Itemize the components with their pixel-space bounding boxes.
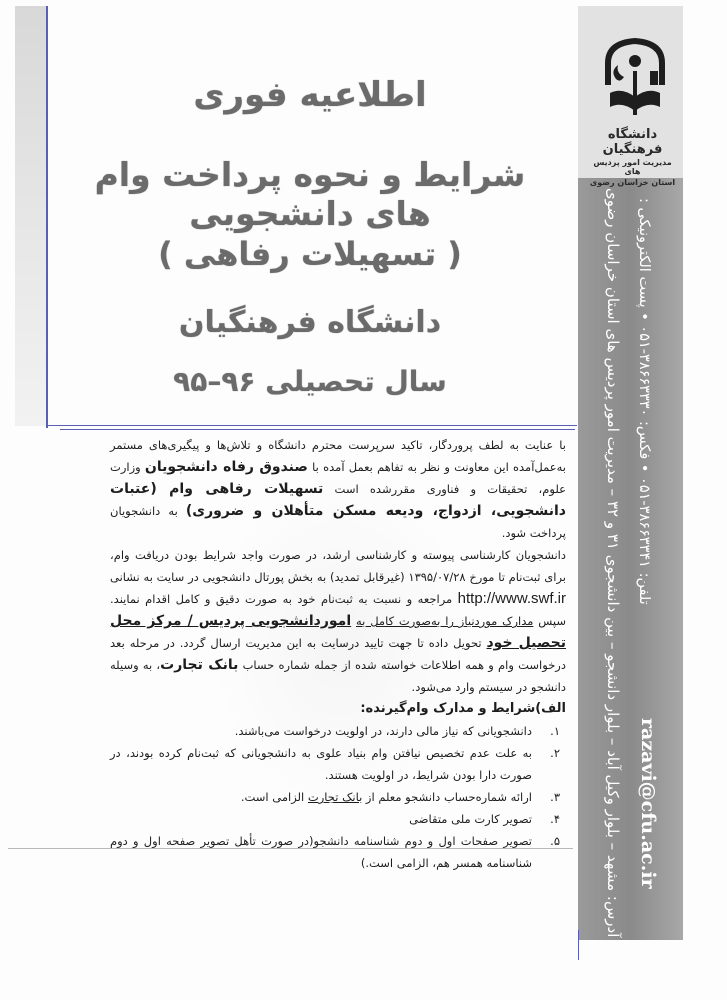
page-fold-line (8, 848, 573, 849)
requirement-number: ۳. (542, 786, 560, 808)
requirement-number: ۵. (542, 830, 560, 874)
scan-shadow-strip (15, 6, 47, 426)
title-frame-bottom-line-2 (60, 429, 575, 430)
requirement-text: تصویر کارت ملی متقاضی (110, 808, 532, 830)
sidebar-edge-line (578, 930, 579, 960)
university-name: دانشگاه فرهنگیان (60, 305, 560, 340)
welfare-fund-name: صندوق رفاه دانشجویان (145, 459, 308, 475)
requirements-heading: الف)شرایط و مدارک وام‌گیرنده: (110, 698, 566, 720)
sidebar-phone-fax: تلفن: ۳۸۶۶۳۳۴۱-۰۵۱ • فکس: ۳۸۶۶۳۳۳۰-۰۵۱ •… (636, 198, 652, 605)
requirement-text: به علت عدم تخصیص نیافتن وام بنیاد علوی ب… (110, 742, 532, 786)
registration-text: دانشجویان کارشناسی پیوسته و کارشناسی ارش… (110, 548, 566, 584)
scanned-document-page: اطلاعیه فوری شرایط و نحوه پرداخت وام های… (0, 0, 727, 1000)
requirement-text: دانشجویانی که نیاز مالی دارند، در اولویت… (110, 720, 532, 742)
announcement-title: اطلاعیه فوری (60, 75, 560, 115)
academic-year: سال تحصیلی ۹۶–۹۵ (60, 365, 560, 398)
logo-province: استان خراسان رضوی (585, 178, 680, 187)
requirement-text: تصویر صفحات اول و دوم شناسنامه دانشجو(در… (110, 830, 532, 874)
sidebar-contact-panel (578, 178, 683, 940)
registration-paragraph: دانشجویان کارشناسی پیوسته و کارشناسی ارش… (110, 544, 566, 698)
requirement-item: ۵. تصویر صفحات اول و دوم شناسنامه دانشجو… (110, 830, 560, 874)
university-logo-icon (600, 35, 670, 125)
requirement-bank-name: بانک تجارت (308, 790, 362, 804)
requirement-item: ۱. دانشجویانی که نیاز مالی دارند، در اول… (110, 720, 560, 742)
requirement-text-part: ارائه شماره‌حساب دانشجو معلم از (362, 790, 532, 804)
required-documents: مدارک موردنیاز را به‌صورت کامل به (356, 614, 533, 628)
logo-caption: دانشگاه فرهنگیان مدیریت امور پردیس های ا… (585, 127, 680, 187)
tejarat-bank: بانک تجارت (160, 657, 238, 673)
logo-university-name: دانشگاه فرهنگیان (585, 127, 680, 157)
sidebar-address: آدرس: مشهد – بلوار وکیل آباد – بلوار دان… (604, 188, 622, 937)
requirement-item: ۴. تصویر کارت ملی متقاضی (110, 808, 560, 830)
requirement-item: ۲. به علت عدم تخصیص نیافتن وام بنیاد علو… (110, 742, 560, 786)
announcement-body: با عنایت به لطف پروردگار، تاکید سرپرست م… (110, 434, 566, 874)
announcement-subtitle: شرایط و نحوه پرداخت وام های دانشجویی (60, 155, 560, 233)
announcement-subtitle-2: ( تسهیلات رفاهی ) (60, 235, 560, 273)
logo-department: مدیریت امور پردیس های (585, 158, 680, 176)
requirement-text: ارائه شماره‌حساب دانشجو معلم از بانک تجا… (110, 786, 532, 808)
requirement-number: ۲. (542, 742, 560, 786)
requirement-number: ۱. (542, 720, 560, 742)
requirement-number: ۴. (542, 808, 560, 830)
title-frame-bottom-line (47, 425, 577, 426)
requirement-text-part: الزامی است. (241, 790, 308, 804)
intro-paragraph: با عنایت به لطف پروردگار، تاکید سرپرست م… (110, 434, 566, 544)
sidebar-email[interactable]: razavi@cfu.ac.ir (637, 718, 659, 889)
requirements-list: ۱. دانشجویانی که نیاز مالی دارند، در اول… (110, 720, 560, 874)
requirement-item: ۳. ارائه شماره‌حساب دانشجو معلم از بانک … (110, 786, 560, 808)
swf-link[interactable]: http://www.swf.ir (458, 590, 566, 607)
